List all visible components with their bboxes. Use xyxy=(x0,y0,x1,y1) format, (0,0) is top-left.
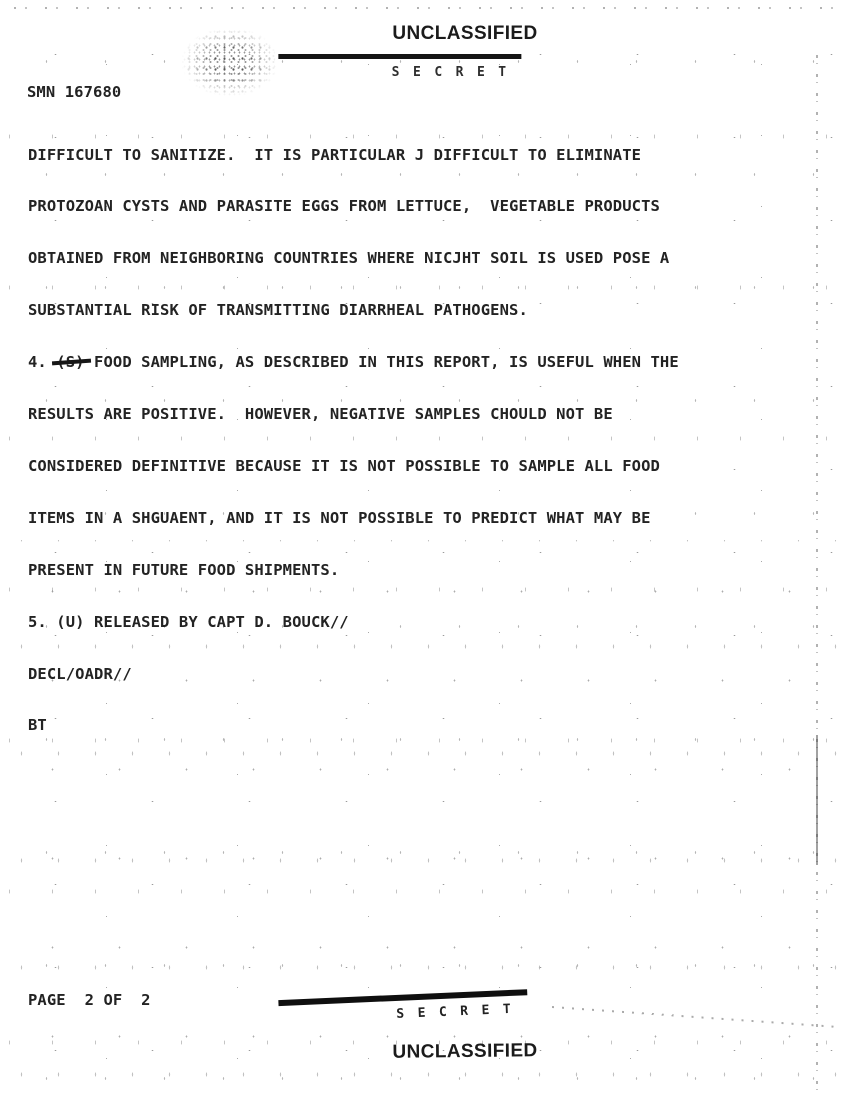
body-line: OBTAINED FROM NEIGHBORING COUNTRIES WHER… xyxy=(28,250,679,267)
struck-classification-marker: (S) xyxy=(56,354,84,371)
body-line: 5. (U) RELEASED BY CAPT D. BOUCK// xyxy=(28,614,679,631)
body-line: PROTOZOAN CYSTS AND PARASITE EGGS FROM L… xyxy=(28,198,679,215)
strike-bar-top xyxy=(278,54,521,59)
page-number: PAGE 2 OF 2 xyxy=(28,992,151,1009)
body-line: SUBSTANTIAL RISK OF TRANSMITTING DIARRHE… xyxy=(28,302,679,319)
secret-stamp-bottom-text: SECRET xyxy=(396,1001,525,1022)
scan-edge-dots-top xyxy=(14,7,836,9)
ink-smudge xyxy=(182,28,278,96)
body-line: DECL/OADR// xyxy=(28,666,679,683)
body-line: CONSIDERED DEFINITIVE BECAUSE IT IS NOT … xyxy=(28,458,679,475)
item4-text: FOOD SAMPLING, AS DESCRIBED IN THIS REPO… xyxy=(85,353,679,371)
secret-stamp-top: SECRET xyxy=(306,50,519,110)
scan-fold-line xyxy=(816,55,818,1095)
classification-stamp-top: UNCLASSIFIED xyxy=(392,23,537,45)
scan-fold-line-dark-segment xyxy=(816,735,818,865)
body-line-item4: 4. (S) FOOD SAMPLING, AS DESCRIBED IN TH… xyxy=(28,354,679,371)
classification-stamp-bottom: UNCLASSIFIED xyxy=(392,1040,537,1064)
body-line: RESULTS ARE POSITIVE. HOWEVER, NEGATIVE … xyxy=(28,406,679,423)
document-body: DIFFICULT TO SANITIZE. IT IS PARTICULAR … xyxy=(28,112,679,769)
message-serial: SMN 167680 xyxy=(27,84,121,101)
body-line: PRESENT IN FUTURE FOOD SHIPMENTS. xyxy=(28,562,679,579)
scanned-document-page: UNCLASSIFIED SECRET SMN 167680 DIFFICULT… xyxy=(0,0,850,1107)
scan-diagonal-dots xyxy=(552,1006,836,1028)
secret-stamp-top-text: SECRET xyxy=(392,65,520,80)
body-line: DIFFICULT TO SANITIZE. IT IS PARTICULAR … xyxy=(28,147,679,164)
body-line: ITEMS IN A SHGUAENT, AND IT IS NOT POSSI… xyxy=(28,510,679,527)
body-line: BT xyxy=(28,717,679,734)
